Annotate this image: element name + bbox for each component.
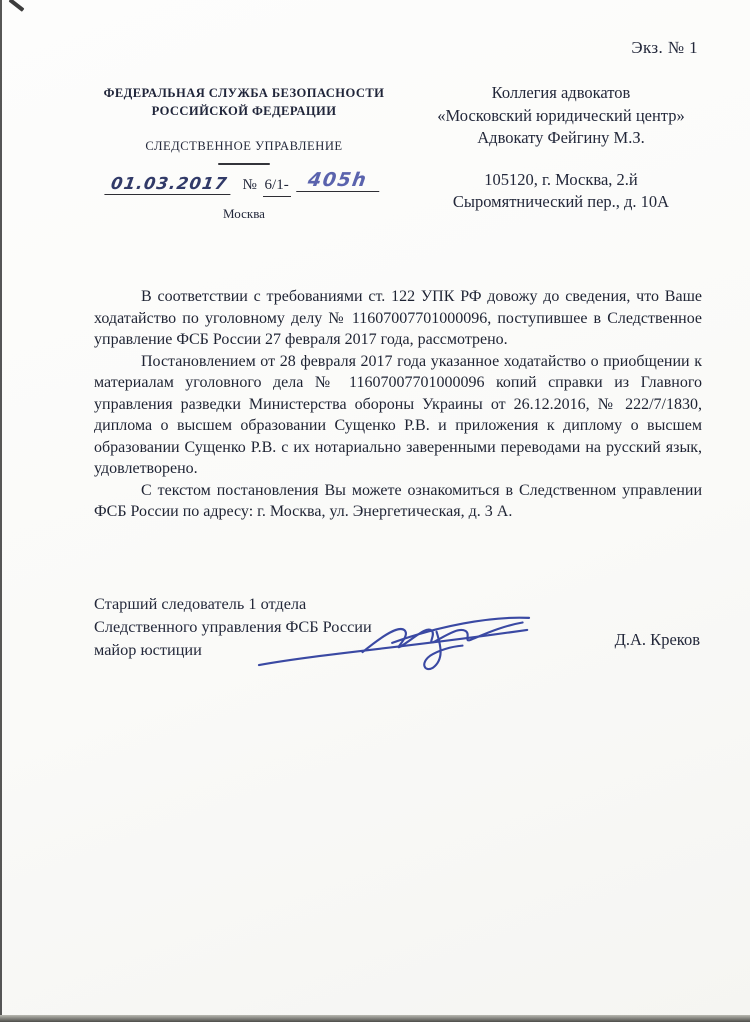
recipient-address-line1: 105120, г. Москва, 2.й	[403, 169, 719, 192]
reference-row: 01.03.2017 № 6/1- 405h	[93, 172, 395, 195]
sender-letterhead: ФЕДЕРАЛЬНАЯ СЛУЖБА БЕЗОПАСНОСТИ РОССИЙСК…	[93, 84, 395, 222]
handwritten-number-suffix: 405h	[297, 169, 384, 192]
letterhead-divider	[218, 163, 270, 165]
recipient-org-line2: «Московский юридический центр»	[403, 105, 719, 128]
body-paragraph: Постановлением от 28 февраля 2017 года у…	[94, 351, 702, 480]
body-paragraph: В соответствии с требованиями ст. 122 УП…	[94, 286, 702, 351]
agency-name-line2: РОССИЙСКОЙ ФЕДЕРАЦИИ	[93, 102, 395, 120]
recipient-address-line2: Сыромятнический пер., д. 10А	[403, 191, 719, 214]
signature-block: Старший следователь 1 отдела Следственно…	[94, 592, 706, 682]
recipient-org-line1: Коллегия адвокатов	[403, 82, 719, 105]
handwritten-date: 01.03.2017	[105, 174, 235, 195]
department-name: СЛЕДСТВЕННОЕ УПРАВЛЕНИЕ	[93, 139, 395, 154]
signer-name: Д.А. Креков	[615, 630, 700, 650]
scan-corner-artifact	[9, 0, 25, 12]
scanned-letter-page: Экз. № 1 ФЕДЕРАЛЬНАЯ СЛУЖБА БЕЗОПАСНОСТИ…	[0, 0, 750, 1022]
outgoing-number-prefix: 6/1-	[263, 177, 291, 197]
scan-bottom-edge	[0, 1015, 750, 1022]
recipient-block: Коллегия адвокатов «Московский юридическ…	[403, 82, 719, 214]
recipient-person: Адвокату Фейгину М.З.	[403, 127, 719, 150]
body-paragraph: С текстом постановления Вы можете ознако…	[94, 480, 702, 523]
scan-left-edge	[0, 0, 2, 1022]
agency-name-line1: ФЕДЕРАЛЬНАЯ СЛУЖБА БЕЗОПАСНОСТИ	[93, 84, 395, 102]
city-label: Москва	[93, 206, 395, 222]
number-sign: №	[242, 177, 256, 193]
letter-body: В соответствии с требованиями ст. 122 УП…	[94, 286, 702, 523]
handwritten-signature	[236, 604, 552, 678]
copy-number-label: Экз. № 1	[631, 38, 698, 58]
